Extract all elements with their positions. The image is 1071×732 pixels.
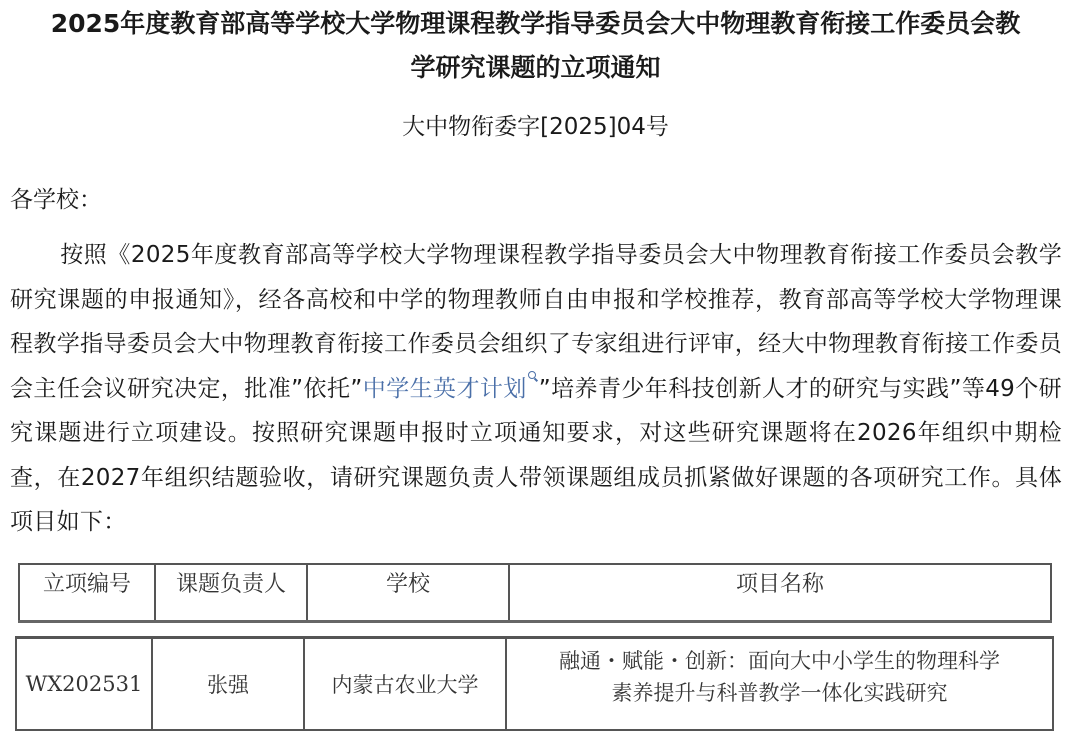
- header-project-id: 立项编号: [19, 564, 155, 622]
- search-icon[interactable]: [527, 371, 539, 385]
- cell-school: 内蒙古农业大学: [304, 638, 506, 731]
- document-title-line2: 学研究课题的立项通知: [0, 46, 1071, 90]
- header-school: 学校: [307, 564, 509, 622]
- search-link-talent-program[interactable]: 中学生英才计划: [363, 376, 527, 402]
- project-name-line1: 融通・赋能・创新：面向大中小学生的物理科学: [507, 645, 1052, 677]
- body-paragraph: 按照《2025年度教育部高等学校大学物理课程教学指导委员会大中物理教育衔接工作委…: [10, 233, 1062, 545]
- document-title-line1: 2025年度教育部高等学校大学物理课程教学指导委员会大中物理教育衔接工作委员会教: [0, 2, 1071, 46]
- project-name-line2: 素养提升与科普教学一体化实践研究: [507, 677, 1052, 709]
- table-row: WX202531 张强 内蒙古农业大学 融通・赋能・创新：面向大中小学生的物理科…: [16, 638, 1053, 731]
- cell-leader: 张强: [152, 638, 304, 731]
- project-table-body: WX202531 张强 内蒙古农业大学 融通・赋能・创新：面向大中小学生的物理科…: [15, 636, 1054, 731]
- header-leader: 课题负责人: [155, 564, 307, 622]
- header-project-name: 项目名称: [509, 564, 1051, 622]
- cell-project-id: WX202531: [16, 638, 152, 731]
- project-table-header: 立项编号 课题负责人 学校 项目名称: [18, 563, 1052, 623]
- document-number: 大中物衔委字[2025]04号: [0, 107, 1071, 147]
- salutation: 各学校：: [10, 180, 102, 220]
- cell-project-name: 融通・赋能・创新：面向大中小学生的物理科学 素养提升与科普教学一体化实践研究: [506, 638, 1053, 731]
